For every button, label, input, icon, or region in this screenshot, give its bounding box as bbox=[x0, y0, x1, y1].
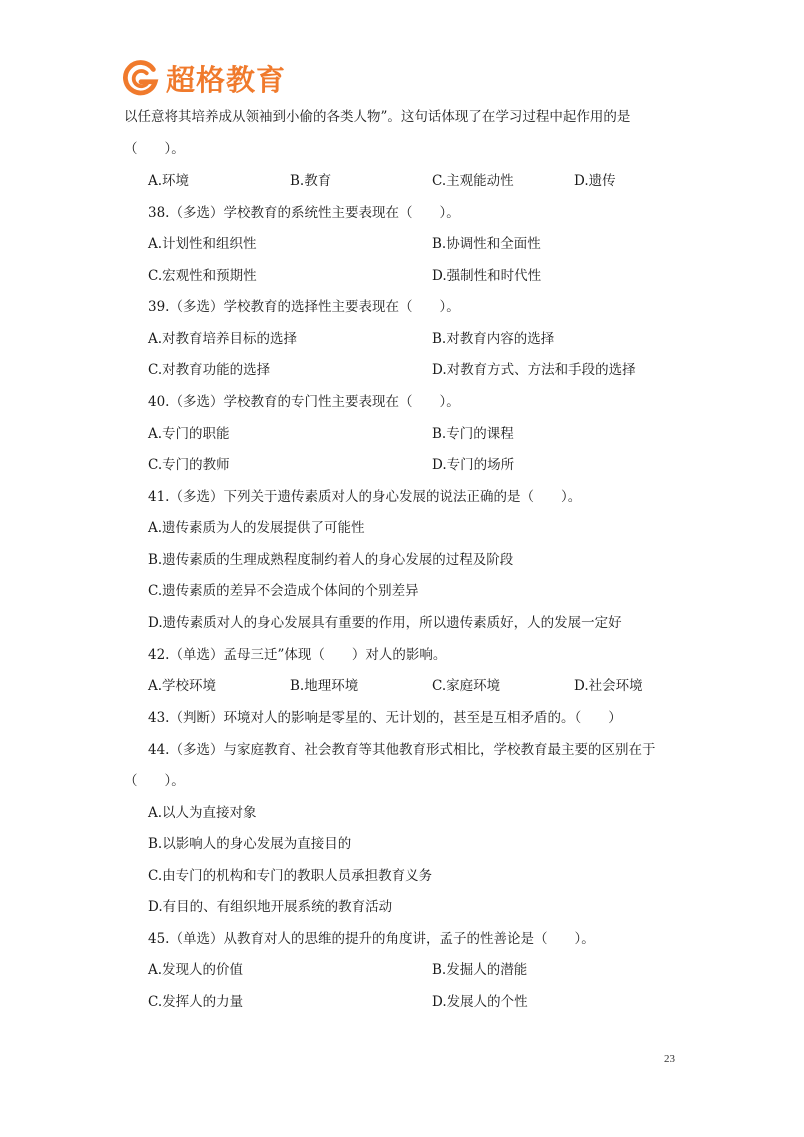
option-a: A.以人为直接对象 bbox=[148, 804, 257, 822]
option-d: D.社会环境 bbox=[574, 677, 643, 695]
option-b: B.以影响人的身心发展为直接目的 bbox=[148, 835, 351, 853]
question-40-stem: 40.（多选）学校教育的专门性主要表现在（ ）。 bbox=[148, 393, 460, 411]
option-c: C.宏观性和预期性 bbox=[148, 267, 257, 285]
option-d: D.遗传素质对人的身心发展具有重要的作用，所以遗传素质好，人的发展一定好 bbox=[148, 614, 622, 632]
option-c: C.对教育功能的选择 bbox=[148, 361, 270, 379]
option-a: A.计划性和组织性 bbox=[148, 235, 257, 253]
question-45-stem: 45.（单选）从教育对人的思维的提升的角度讲，孟子的性善论是（ ）。 bbox=[148, 930, 595, 948]
option-c: C.遗传素质的差异不会造成个体间的个别差异 bbox=[148, 582, 419, 600]
question-43-stem: 43.（判断）环境对人的影响是零星的、无计划的，甚至是互相矛盾的。（ ） bbox=[148, 709, 622, 727]
question-39-stem: 39.（多选）学校教育的选择性主要表现在（ ）。 bbox=[148, 298, 460, 316]
question-37-blank: （ ）。 bbox=[124, 140, 185, 158]
question-44-blank: （ ）。 bbox=[124, 772, 185, 790]
option-a: A.发现人的价值 bbox=[148, 961, 243, 979]
option-b: B.对教育内容的选择 bbox=[432, 330, 554, 348]
question-44-stem: 44.（多选）与家庭教育、社会教育等其他教育形式相比，学校教育最主要的区别在于 bbox=[148, 741, 655, 759]
brand-name: 超格教育 bbox=[166, 58, 286, 99]
option-d: D.有目的、有组织地开展系统的教育活动 bbox=[148, 898, 392, 916]
question-42-stem: 42.（单选）孟母三迁”体现（ ）对人的影响。 bbox=[148, 646, 446, 664]
option-d: D.强制性和时代性 bbox=[432, 267, 541, 285]
question-41-stem: 41.（多选）下列关于遗传素质对人的身心发展的说法正确的是（ ）。 bbox=[148, 488, 581, 506]
logo-g-icon bbox=[122, 59, 160, 97]
brand-logo: 超格教育 bbox=[122, 58, 286, 98]
option-a: A.学校环境 bbox=[148, 677, 216, 695]
option-c: C.专门的教师 bbox=[148, 456, 230, 474]
option-c: C.发挥人的力量 bbox=[148, 993, 243, 1011]
option-a: A.环境 bbox=[148, 172, 189, 190]
option-b: B.协调性和全面性 bbox=[432, 235, 541, 253]
option-d: D.专门的场所 bbox=[432, 456, 514, 474]
option-a: A.专门的职能 bbox=[148, 425, 230, 443]
option-b: B.遗传素质的生理成熟程度制约着人的身心发展的过程及阶段 bbox=[148, 551, 513, 569]
question-38-stem: 38.（多选）学校教育的系统性主要表现在（ ）。 bbox=[148, 204, 460, 222]
page-number: 23 bbox=[664, 1053, 675, 1065]
option-b: B.地理环境 bbox=[290, 677, 358, 695]
option-d: D.遗传 bbox=[574, 172, 616, 190]
option-b: B.教育 bbox=[290, 172, 331, 190]
option-b: B.发掘人的潜能 bbox=[432, 961, 527, 979]
option-d: D.发展人的个性 bbox=[432, 993, 528, 1011]
option-c: C.主观能动性 bbox=[432, 172, 514, 190]
question-37-stem-tail: 以任意将其培养成从领袖到小偷的各类人物”。这句话体现了在学习过程中起作用的是 bbox=[124, 108, 630, 126]
option-a: A.对教育培养目标的选择 bbox=[148, 330, 297, 348]
option-c: C.由专门的机构和专门的教职人员承担教育义务 bbox=[148, 867, 432, 885]
option-b: B.专门的课程 bbox=[432, 425, 514, 443]
option-c: C.家庭环境 bbox=[432, 677, 500, 695]
option-a: A.遗传素质为人的发展提供了可能性 bbox=[148, 519, 365, 537]
option-d: D.对教育方式、方法和手段的选择 bbox=[432, 361, 636, 379]
